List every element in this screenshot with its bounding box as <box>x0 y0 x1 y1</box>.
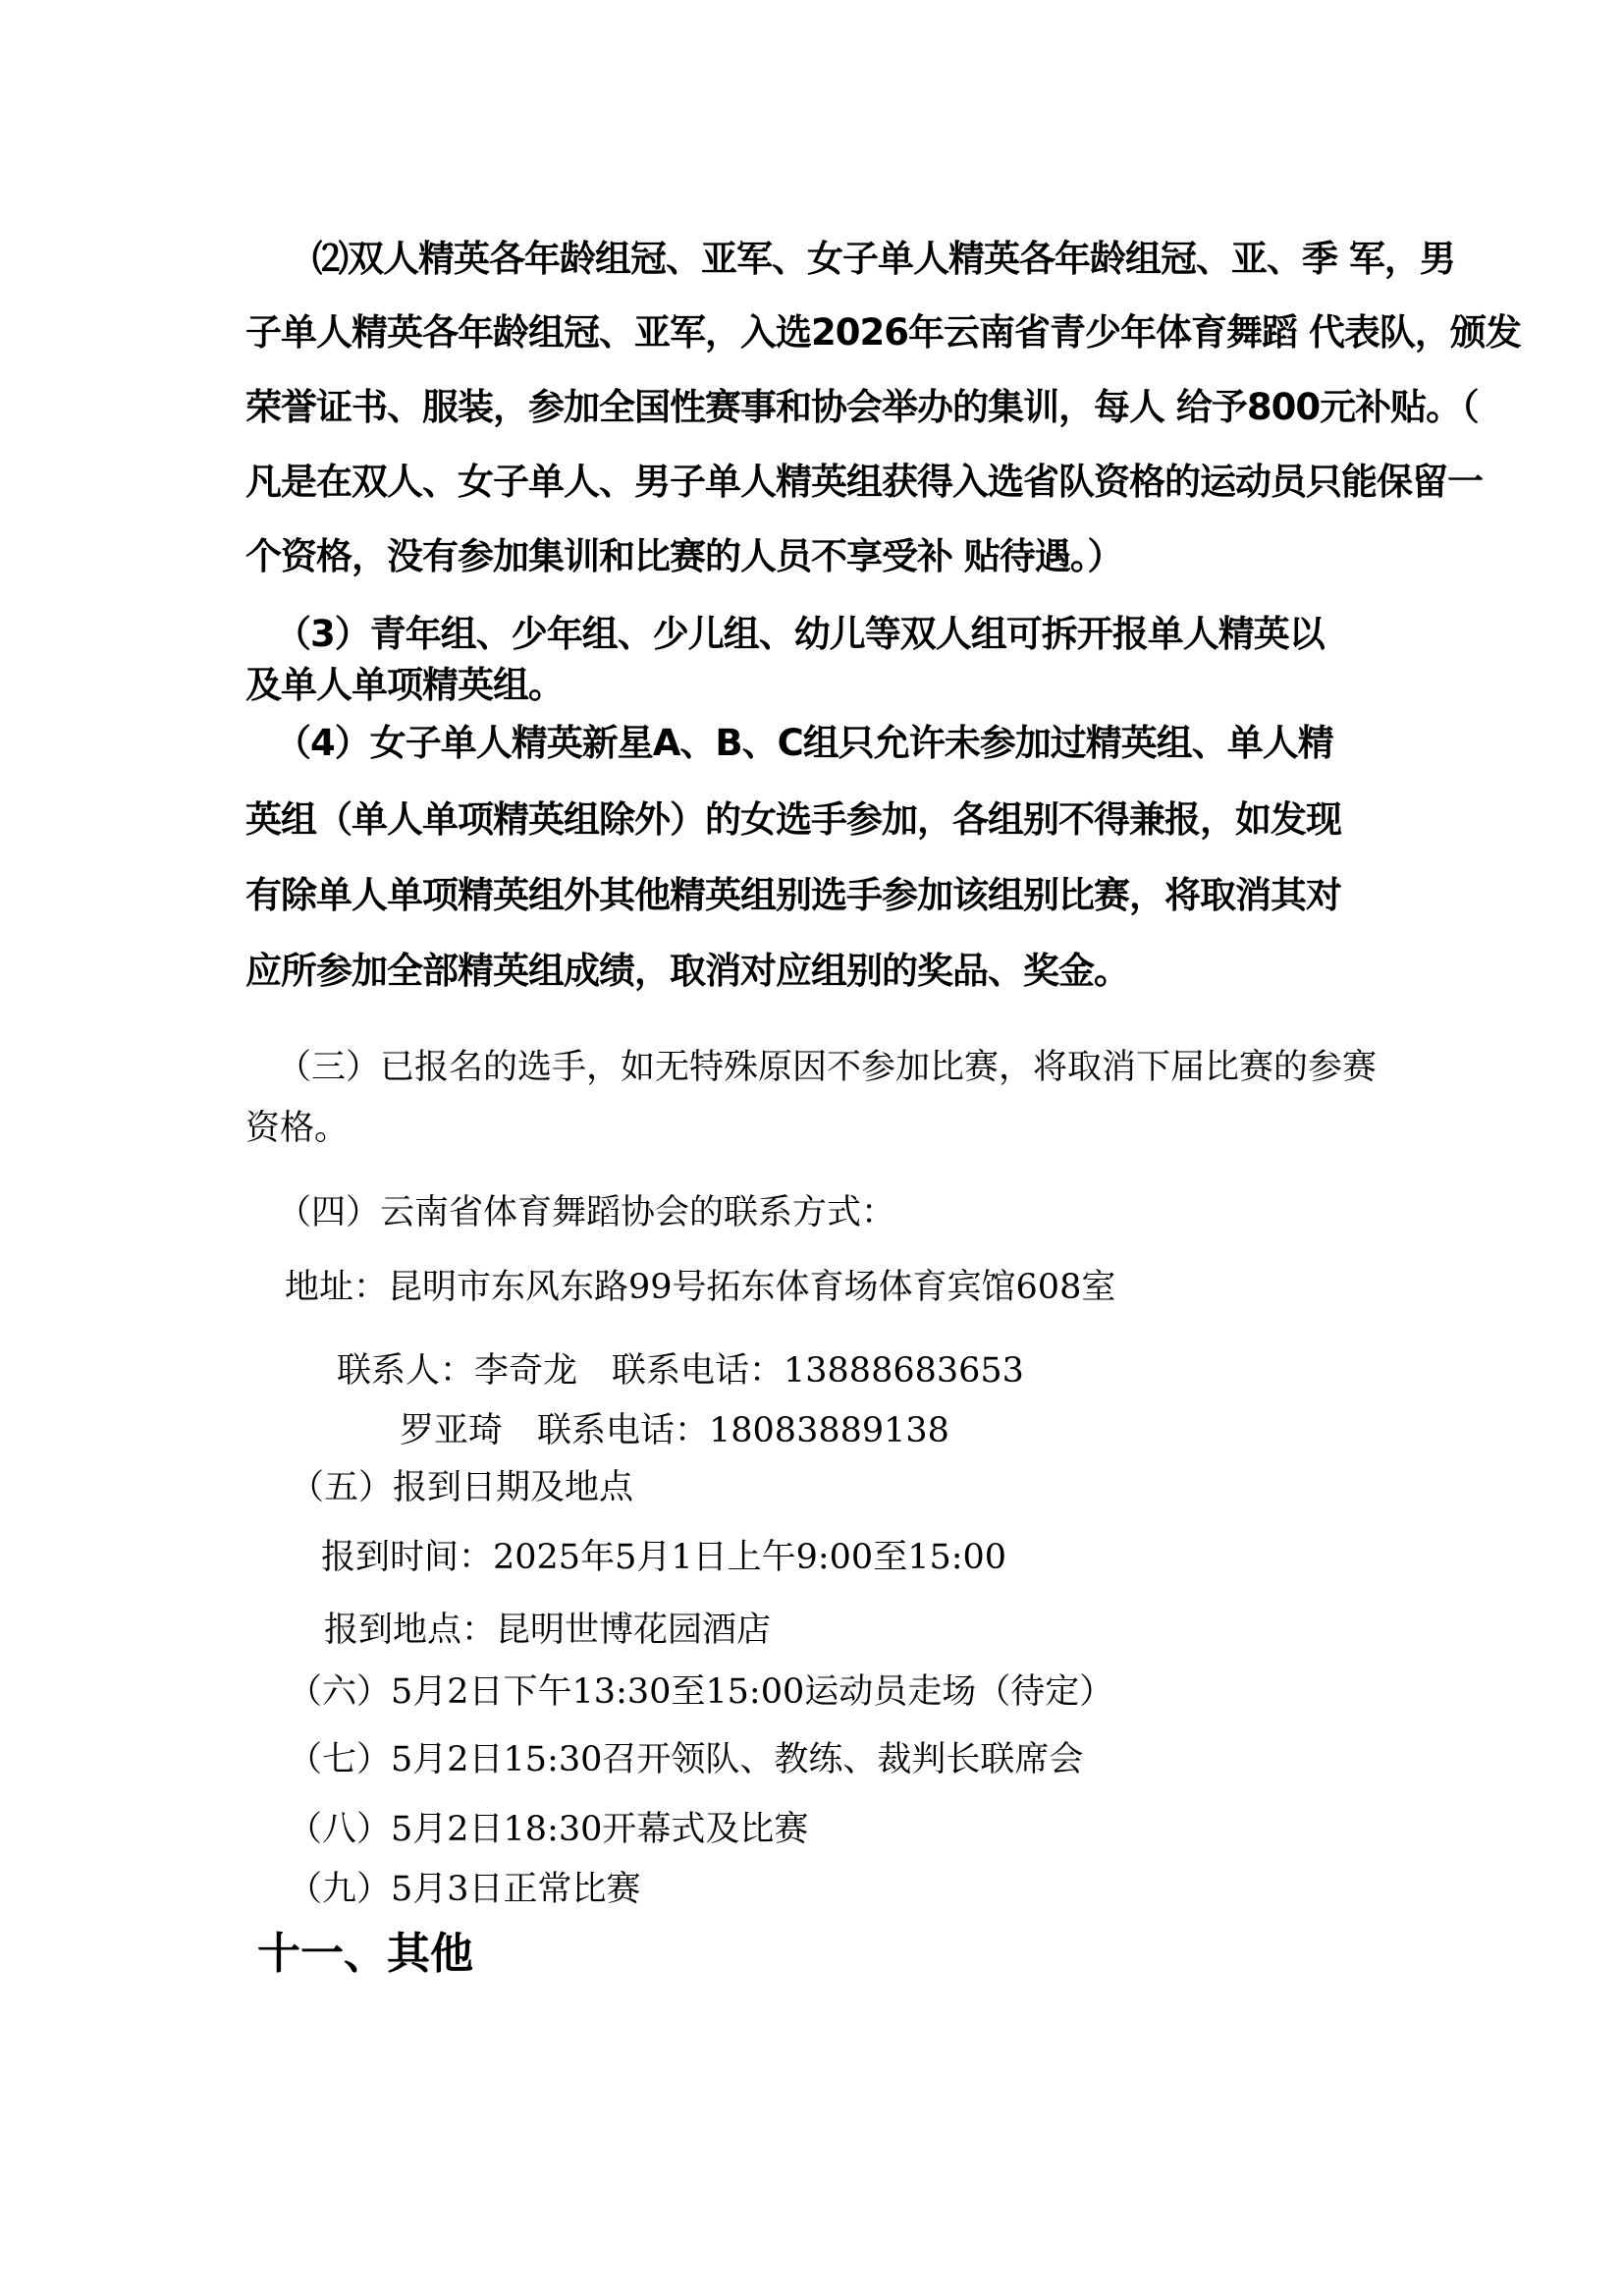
section-4-contact-1: 联系人：李奇龙 联系电话：13888683653 <box>337 1354 1024 1389</box>
section-7: （七）5月2日15:30召开领队、教练、裁判长联席会 <box>288 1743 1083 1777</box>
section-5-time: 报到时间：2025年5月1日上午9:00至15:00 <box>321 1541 1006 1575</box>
para-2-line-2: 子单人精英各年龄组冠、亚军，入选2026年云南省青少年体育舞蹈 代表队，颁发 <box>245 314 1521 351</box>
section-8: （八）5月2日18:30开幕式及比赛 <box>288 1813 808 1847</box>
para-4-line-4: 应所参加全部精英组成绩，取消对应组别的奖品、奖金。 <box>245 953 1129 989</box>
para-3-line-1: （3）青年组、少年组、少儿组、幼儿等双人组可拆开报单人精英以 <box>275 616 1325 652</box>
para-3-line-2: 及单人单项精英组。 <box>245 667 564 703</box>
heading-11-other: 十一、其他 <box>257 1933 473 1976</box>
para-4-line-2: 英组（单人单项精英组除外）的女选手参加，各组别不得兼报，如发现 <box>245 801 1341 838</box>
para-2-line-1: ⑵双人精英各年龄组冠、亚军、女子单人精英各年龄组冠、亚、季 军，男 <box>312 241 1455 277</box>
section-3-line-2: 资格。 <box>245 1112 349 1146</box>
section-5-place: 报到地点：昆明世博花园酒店 <box>324 1613 771 1648</box>
section-6: （六）5月2日下午13:30至15:00运动员走场（待定） <box>288 1675 1113 1710</box>
section-5-title: （五）报到日期及地点 <box>290 1471 633 1505</box>
section-9: （九）5月3日正常比赛 <box>288 1873 641 1907</box>
para-2-line-3: 荣誉证书、服装，参加全国性赛事和协会举办的集训，每人 给予800元补贴。（ <box>245 389 1479 425</box>
section-4-title: （四）云南省体育舞蹈协会的联系方式： <box>277 1196 895 1230</box>
para-4-line-3: 有除单人单项精英组外其他精英组别选手参加该组别比赛，将取消其对 <box>245 877 1341 913</box>
para-2-line-4: 凡是在双人、女子单人、男子单人精英组获得入选省队资格的运动员只能保留一 <box>245 464 1483 500</box>
section-4-contact-2: 罗亚琦 联系电话：18083889138 <box>400 1414 949 1449</box>
section-4-address: 地址：昆明市东风东路99号拓东体育场体育宾馆608室 <box>285 1271 1115 1305</box>
section-3-line-1: （三）已报名的选手，如无特殊原因不参加比赛，将取消下届比赛的参赛 <box>277 1051 1377 1085</box>
para-4-line-1: （4）女子单人精英新星A、B、C组只允许未参加过精英组、单人精 <box>275 725 1333 761</box>
para-2-line-5: 个资格，没有参加集训和比赛的人员不享受补 贴待遇。） <box>245 538 1122 574</box>
